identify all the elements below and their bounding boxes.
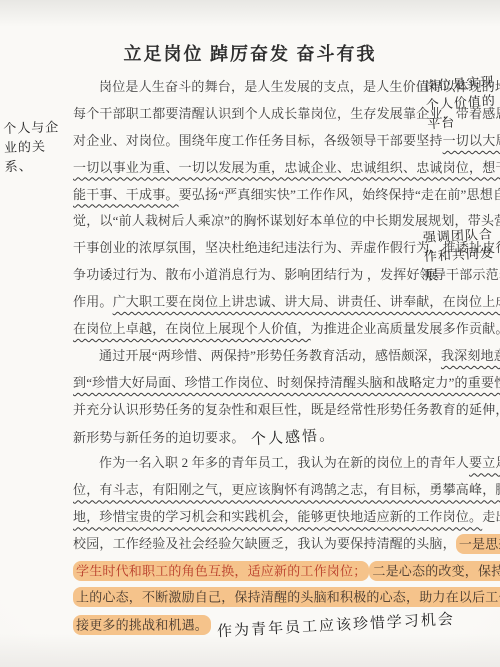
highlighted-text-segment: 上的心态，不断激励自己，保持清醒的头脑和积极的心态，助力在以后工作中迎 (73, 587, 500, 607)
underlined-text-segment: 能干事、干成事。 (73, 187, 179, 202)
text-segment: 通过开展“两珍惜、两保持”形势任务教育活动，感悟颇深， (99, 348, 441, 363)
text-line: 一切以事业为重、一切以发展为重，忠诚企业、忠诚组织、忠诚岗位，想干事、 (73, 155, 433, 182)
margin-note-relationship: 个人与企业的关系、 (3, 119, 71, 178)
underlined-text-segment: 地，珍惜宝贵的学习机会和实践机会，能够更快地适应新的工作岗位。 (73, 509, 482, 524)
text-line: 并充分认识形势任务的复杂性和艰巨性，既是经常性形势任务教育的延伸，更是 (73, 397, 433, 424)
underlined-text-segment: 到“珍惜大好局面、珍惜工作岗位、时刻保持清醒头脑和战略定力”的重要性， (73, 375, 500, 390)
underlined-text-segment: 一切以大局为重、 (443, 133, 500, 148)
margin-note-teamwork: 强调团队合作和共同发展 (423, 226, 500, 286)
text-line: 位，有斗志，有阳刚之气，更应该胸怀有鸿鹄之志，有目标，勇攀高峰，脚踏实 (73, 477, 433, 504)
document-title: 立足岗位 踔厉奋发 奋斗有我 (0, 40, 500, 66)
text-line: 校园，工作经验及社会经验欠缺匮乏，我认为要保持清醒的头脑，一是思想转变， (73, 531, 433, 558)
text-segment: 校园，工作经验及社会经验欠缺匮乏，我认为要保持清醒的头脑， (73, 536, 456, 551)
text-segment: 作为一名入职 2 年多的青年员工，我认为在新的岗位上的青年人 (99, 455, 469, 470)
highlighted-text-segment: 学生时代和职工的角色互换，适应新的工作岗位； (73, 561, 369, 581)
highlighted-text-segment: 接更多的挑战和机遇。 (73, 615, 211, 635)
text-segment: 作用。 (73, 294, 113, 309)
underlined-text-segment: 广大职工要在岗位上讲忠诚、讲大局、讲责任、讲奉献，在岗位上成才， (113, 294, 500, 309)
underlined-text-segment: 位，有斗志，有阳刚之气，更应该胸怀有鸿鹄之志，有目标，勇攀高峰，脚踏实 (73, 482, 500, 497)
text-line: 对企业、对岗位。围绕年度工作任务目标，各级领导干部要坚持一切以大局为重、 (73, 128, 433, 155)
text-line: 地，珍惜宝贵的学习机会和实践机会，能够更快地适应新的工作岗位。走出大学 (73, 504, 433, 531)
document-page: 立足岗位 踔厉奋发 奋斗有我 岗位是人生奋斗的舞台，是人生发展的支点，是人生价值… (0, 0, 500, 667)
text-line: 在岗位上卓越，在岗位上展现个人价值，为推进企业高质量发展多作贡献。 (73, 316, 433, 343)
text-line: 通过开展“两珍惜、两保持”形势任务教育活动，感悟颇深，我深刻地意识 (73, 343, 433, 370)
text-segment: 新形势与新任务的迫切要求。 (73, 430, 245, 445)
highlighted-text-segment: 一是思想转变， (456, 534, 500, 554)
text-line: 能干事、干成事。要弘扬“严真细实快”工作作风，始终保持“走在前”思想自 (73, 182, 433, 209)
text-line: 干事创业的浓厚氛围，坚决杜绝违纪违法行为、弄虚作假行为、推诿扯皮行为、 (73, 235, 433, 262)
text-segment: 觉，以“前人栽树后人乘凉”的胸怀谋划好本单位的中长期发展规划，带头营造 (73, 213, 500, 228)
text-segment: 走出大学 (482, 509, 500, 524)
text-line: 新形势与新任务的迫切要求。个人感悟。 (73, 424, 433, 451)
underlined-text-segment: 在岗位上卓越，在岗位上展现个人价值， (73, 321, 311, 336)
text-line: 接更多的挑战和机遇。作为青年员工应该珍惜学习机会 (73, 612, 433, 639)
underlined-text-segment: 要立足岗 (469, 455, 500, 470)
margin-note-platform: 岗位是实现个人价值的平台 (424, 74, 500, 135)
text-line: 觉，以“前人栽树后人乘凉”的胸怀谋划好本单位的中长期发展规划，带头营造 (73, 208, 433, 235)
text-line: 作为一名入职 2 年多的青年员工，我认为在新的岗位上的青年人要立足岗 (73, 450, 433, 477)
text-line: 上的心态，不断激励自己，保持清醒的头脑和积极的心态，助力在以后工作中迎 (73, 585, 433, 612)
text-line: 作用。广大职工要在岗位上讲忠诚、讲大局、讲责任、讲奉献，在岗位上成才， (73, 289, 433, 316)
underlined-text-segment: 我深刻地意识 (441, 348, 500, 363)
underlined-text-segment: 一切以事业为重、一切以发展为重，忠诚企业、忠诚组织、忠诚岗位，想干事、 (73, 160, 500, 175)
text-segment: 为推进企业高质量发展多作贡献。 (311, 321, 500, 336)
text-line: 到“珍惜大好局面、珍惜工作岗位、时刻保持清醒头脑和战略定力”的重要性， (73, 370, 433, 397)
document-lines: 岗位是人生奋斗的舞台，是人生发展的支点，是人生价值得以体现的地方。每个干部职工都… (73, 74, 433, 639)
text-line: 争功诿过行为、散布小道消息行为、影响团结行为 ，发挥好领导干部示范表率 (73, 262, 433, 289)
text-line: 每个干部职工都要清醒认识到个人成长靠岗位，生存发展靠企业，带着感恩之心 (73, 101, 433, 128)
handwritten-inline-note: 个人感悟。 (250, 421, 336, 452)
handwritten-inline-note: 作为青年员工应该珍惜学习机会 (216, 606, 455, 645)
text-line: 学生时代和职工的角色互换，适应新的工作岗位；二是心态的改变，保持乐观向 (73, 558, 433, 585)
text-segment: 对企业、对岗位。围绕年度工作任务目标，各级领导干部要坚持 (73, 133, 443, 148)
highlighted-text-segment: 二是心态的改变，保持乐观向 (369, 561, 500, 581)
text-line: 岗位是人生奋斗的舞台，是人生发展的支点，是人生价值得以体现的地方。 (73, 74, 433, 101)
text-segment: 并充分认识形势任务的复杂性和艰巨性，既是经常性形势任务教育的延伸，更是 (73, 402, 500, 417)
text-segment: 要弘扬“严真细实快”工作作风，始终保持“走在前”思想自 (179, 187, 500, 202)
